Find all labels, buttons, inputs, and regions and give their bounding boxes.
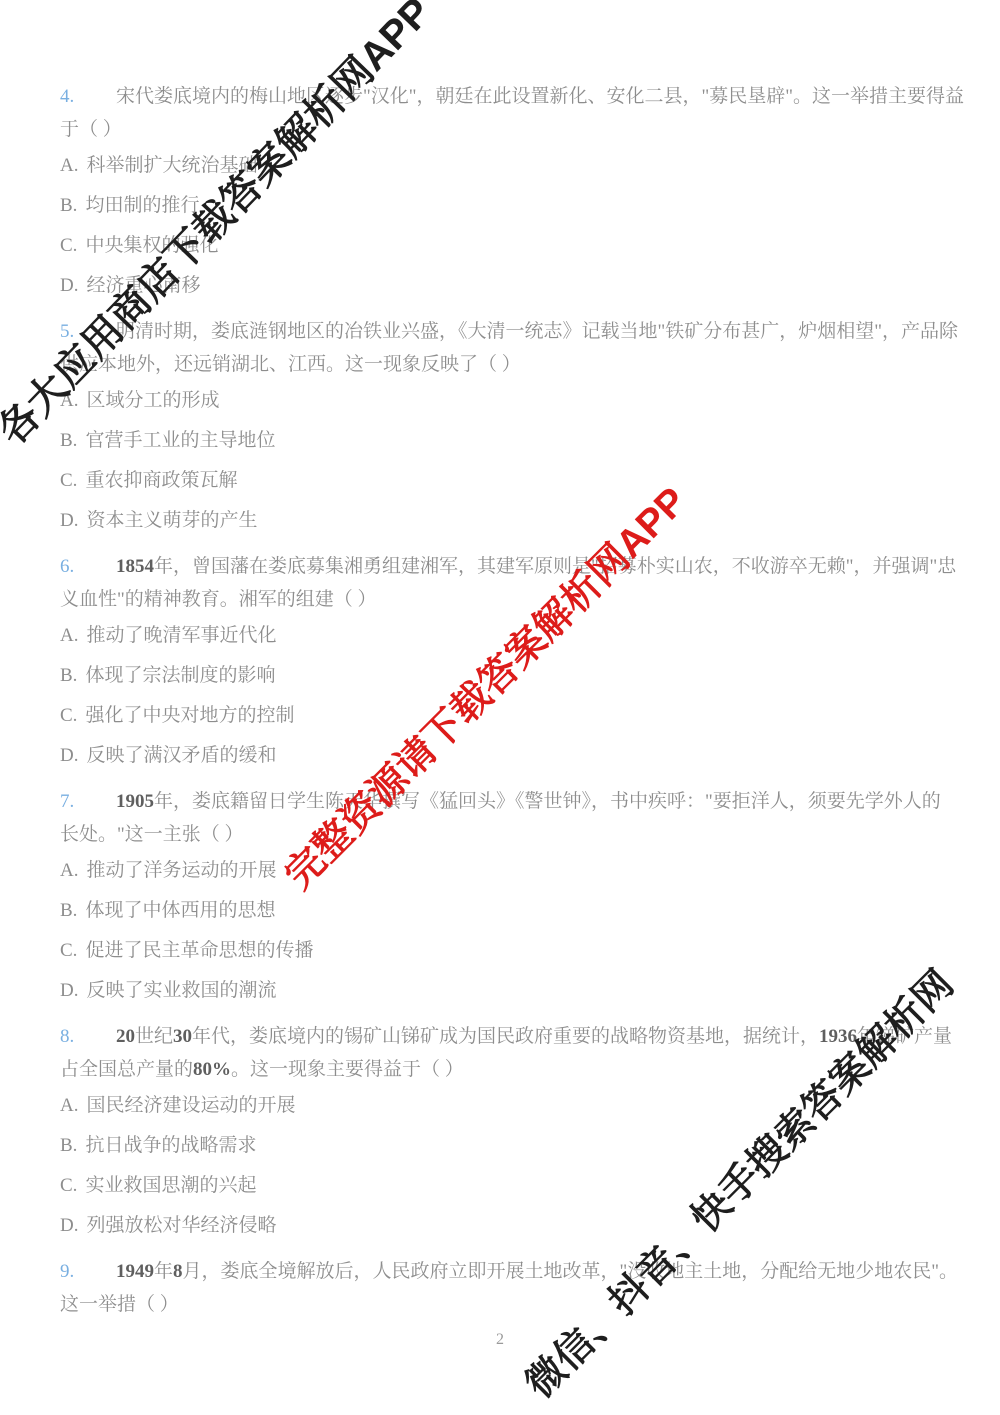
question-7-option-a: A.推动了洋务运动的开展 — [60, 851, 940, 891]
question-5-text: 明清时期，娄底涟钢地区的冶铁业兴盛，《大清一统志》记载当地"铁矿分布甚广，炉烟相… — [116, 321, 958, 342]
question-9: 9.1949年8月，娄底全境解放后，人民政府立即开展土地改革，"没收地主土地，分… — [60, 1255, 940, 1321]
option-label: A. — [60, 625, 78, 646]
question-9-line-2: 这一举措（ ） — [60, 1288, 940, 1321]
option-label: C. — [60, 470, 77, 491]
option-label: B. — [60, 1135, 77, 1156]
option-label: B. — [60, 195, 77, 216]
option-text: 区域分工的形成 — [86, 390, 219, 411]
question-8-line-2: 占全国总产量的80%。这一现象主要得益于（ ） — [60, 1053, 940, 1086]
question-8-number: 8. — [60, 1020, 116, 1053]
question-4-option-d: D.经济重心南移 — [60, 266, 940, 306]
question-6-text: 1854年，曾国藩在娄底募集湘勇组建湘军，其建军原则是"招募朴实山农，不收游卒无… — [116, 556, 956, 577]
option-text: 重农抑商政策瓦解 — [85, 470, 237, 491]
option-label: D. — [60, 275, 78, 296]
option-label: B. — [60, 430, 77, 451]
question-6-line-1: 6.1854年，曾国藩在娄底募集湘勇组建湘军，其建军原则是"招募朴实山农，不收游… — [60, 550, 940, 583]
question-5-option-c: C.重农抑商政策瓦解 — [60, 461, 940, 501]
question-4-line-1: 4.宋代娄底境内的梅山地区逐步"汉化"，朝廷在此设置新化、安化二县，"募民垦辟"… — [60, 80, 940, 113]
question-6-line-2: 义血性"的精神教育。湘军的组建（ ） — [60, 583, 940, 616]
option-text: 体现了中体西用的思想 — [85, 900, 275, 921]
question-8-line-1: 8.20世纪30年代，娄底境内的锡矿山锑矿成为国民政府重要的战略物资基地，据统计… — [60, 1020, 940, 1053]
option-label: D. — [60, 745, 78, 766]
question-7-line-2: 长处。"这一主张（ ） — [60, 818, 940, 851]
question-7-option-b: B.体现了中体西用的思想 — [60, 891, 940, 931]
question-7-option-c: C.促进了民主革命思想的传播 — [60, 931, 940, 971]
question-7-number: 7. — [60, 785, 116, 818]
option-text: 体现了宗法制度的影响 — [85, 665, 275, 686]
question-9-number: 9. — [60, 1255, 116, 1288]
question-8-text: 20世纪30年代，娄底境内的锡矿山锑矿成为国民政府重要的战略物资基地，据统计，1… — [116, 1026, 952, 1047]
question-8-option-a: A.国民经济建设运动的开展 — [60, 1086, 940, 1126]
option-text: 抗日战争的战略需求 — [85, 1135, 256, 1156]
option-text: 中央集权的强化 — [85, 235, 218, 256]
option-label: B. — [60, 665, 77, 686]
question-9-text: 1949年8月，娄底全境解放后，人民政府立即开展土地改革，"没收地主土地，分配给… — [116, 1261, 958, 1282]
scanned-exam-page: { "page": { "number": "2" }, "styles": {… — [0, 0, 1000, 1415]
question-5-option-d: D.资本主义萌芽的产生 — [60, 501, 940, 541]
option-label: D. — [60, 980, 78, 1001]
question-8: 8.20世纪30年代，娄底境内的锡矿山锑矿成为国民政府重要的战略物资基地，据统计… — [60, 1020, 940, 1246]
question-4-number: 4. — [60, 80, 116, 113]
option-label: D. — [60, 510, 78, 531]
option-label: D. — [60, 1215, 78, 1236]
question-4-option-b: B.均田制的推行 — [60, 186, 940, 226]
option-text: 官营手工业的主导地位 — [85, 430, 275, 451]
question-5-number: 5. — [60, 315, 116, 348]
option-label: A. — [60, 860, 78, 881]
question-5: 5.明清时期，娄底涟钢地区的冶铁业兴盛，《大清一统志》记载当地"铁矿分布甚广，炉… — [60, 315, 940, 541]
question-8-option-b: B.抗日战争的战略需求 — [60, 1126, 940, 1166]
option-text: 科举制扩大统治基础 — [86, 155, 257, 176]
question-5-option-a: A.区域分工的形成 — [60, 381, 940, 421]
question-5-option-b: B.官营手工业的主导地位 — [60, 421, 940, 461]
option-text: 反映了满汉矛盾的缓和 — [86, 745, 276, 766]
option-label: C. — [60, 940, 77, 961]
option-text: 实业救国思潮的兴起 — [85, 1175, 256, 1196]
option-label: B. — [60, 900, 77, 921]
option-label: A. — [60, 1095, 78, 1116]
question-6-option-c: C.强化了中央对地方的控制 — [60, 696, 940, 736]
question-6-number: 6. — [60, 550, 116, 583]
option-text: 反映了实业救国的潮流 — [86, 980, 276, 1001]
question-4-option-a: A.科举制扩大统治基础 — [60, 146, 940, 186]
question-6-option-a: A.推动了晚清军事近代化 — [60, 616, 940, 656]
question-7-text: 1905年，娄底籍留日学生陈天华撰写《猛回头》《警世钟》，书中疾呼："要拒洋人，… — [116, 791, 941, 812]
question-9-line-1: 9.1949年8月，娄底全境解放后，人民政府立即开展土地改革，"没收地主土地，分… — [60, 1255, 940, 1288]
question-5-line-2: 供应本地外，还远销湖北、江西。这一现象反映了（ ） — [60, 348, 940, 381]
option-text: 推动了洋务运动的开展 — [86, 860, 276, 881]
question-7-line-1: 7.1905年，娄底籍留日学生陈天华撰写《猛回头》《警世钟》，书中疾呼："要拒洋… — [60, 785, 940, 818]
question-6-option-d: D.反映了满汉矛盾的缓和 — [60, 736, 940, 776]
option-text: 国民经济建设运动的开展 — [86, 1095, 295, 1116]
option-text: 促进了民主革命思想的传播 — [85, 940, 313, 961]
question-4: 4.宋代娄底境内的梅山地区逐步"汉化"，朝廷在此设置新化、安化二县，"募民垦辟"… — [60, 80, 940, 306]
option-text: 推动了晚清军事近代化 — [86, 625, 276, 646]
question-4-line-2: 于（ ） — [60, 113, 940, 146]
question-7: 7.1905年，娄底籍留日学生陈天华撰写《猛回头》《警世钟》，书中疾呼："要拒洋… — [60, 785, 940, 1011]
question-7-option-d: D.反映了实业救国的潮流 — [60, 971, 940, 1011]
page-number: 2 — [60, 1330, 940, 1350]
option-label: C. — [60, 705, 77, 726]
question-8-option-d: D.列强放松对华经济侵略 — [60, 1206, 940, 1246]
question-4-option-c: C.中央集权的强化 — [60, 226, 940, 266]
question-8-option-c: C.实业救国思潮的兴起 — [60, 1166, 940, 1206]
option-text: 强化了中央对地方的控制 — [85, 705, 294, 726]
option-label: C. — [60, 235, 77, 256]
option-label: C. — [60, 1175, 77, 1196]
option-label: A. — [60, 155, 78, 176]
option-text: 列强放松对华经济侵略 — [86, 1215, 276, 1236]
option-text: 经济重心南移 — [86, 275, 200, 296]
option-label: A. — [60, 390, 78, 411]
question-4-text: 宋代娄底境内的梅山地区逐步"汉化"，朝廷在此设置新化、安化二县，"募民垦辟"。这… — [116, 86, 964, 107]
option-text: 资本主义萌芽的产生 — [86, 510, 257, 531]
question-5-line-1: 5.明清时期，娄底涟钢地区的冶铁业兴盛，《大清一统志》记载当地"铁矿分布甚广，炉… — [60, 315, 940, 348]
option-text: 均田制的推行 — [85, 195, 199, 216]
question-6-option-b: B.体现了宗法制度的影响 — [60, 656, 940, 696]
exam-body: 4.宋代娄底境内的梅山地区逐步"汉化"，朝廷在此设置新化、安化二县，"募民垦辟"… — [60, 80, 940, 1350]
question-6: 6.1854年，曾国藩在娄底募集湘勇组建湘军，其建军原则是"招募朴实山农，不收游… — [60, 550, 940, 776]
